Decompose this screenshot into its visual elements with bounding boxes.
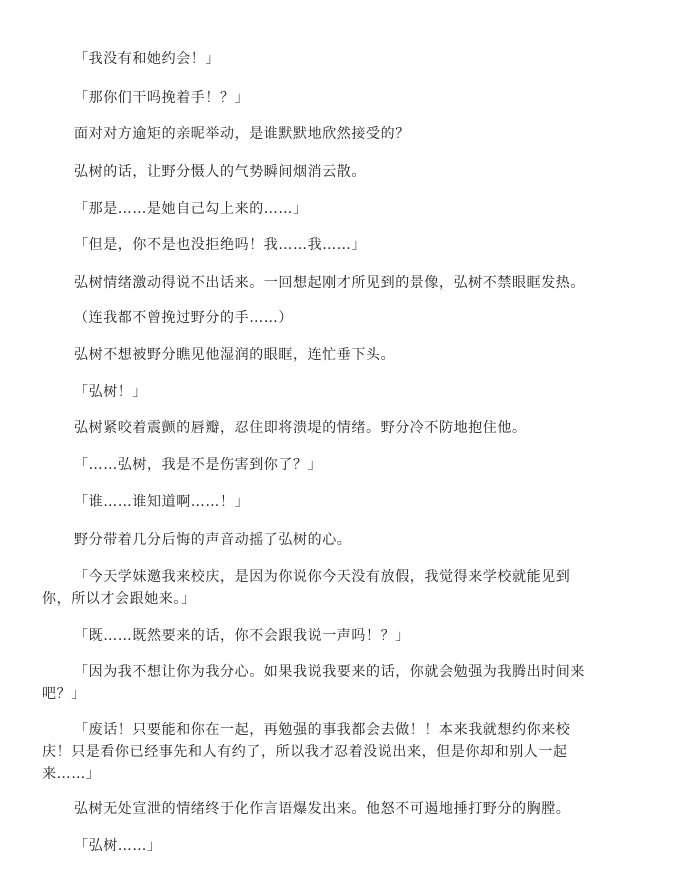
- text-line: 庆！只是看你已经事先和人有约了，所以我才忍着没说出来，但是你却和别人一起: [42, 741, 622, 763]
- text-paragraph: 「……弘树，我是不是伤害到你了？」: [42, 454, 622, 476]
- text-line: 弘树无处宣泄的情绪终于化作言语爆发出来。他怒不可遏地捶打野分的胸膛。: [42, 798, 622, 820]
- text-line: 面对对方逾矩的亲昵举动，是谁默默地欣然接受的？: [42, 123, 622, 145]
- text-line: 吧？」: [42, 683, 622, 705]
- text-line: 你，所以才会跟她来。」: [42, 588, 622, 610]
- text-line: 「谁……谁知道啊……！」: [42, 491, 622, 513]
- text-line: 来……」: [42, 763, 622, 785]
- text-paragraph: 「既……既然要来的话，你不会跟我说一声吗！？」: [42, 625, 622, 647]
- text-line: 「今天学妹邀我来校庆，是因为你说你今天没有放假，我觉得来学校就能见到: [42, 566, 622, 588]
- text-paragraph: 「今天学妹邀我来校庆，是因为你说你今天没有放假，我觉得来学校就能见到你，所以才会…: [42, 566, 622, 610]
- text-line: 弘树不想被野分瞧见他湿润的眼眶，连忙垂下头。: [42, 344, 622, 366]
- text-line: 「但是，你不是也没拒绝吗！我……我……」: [42, 234, 622, 256]
- text-paragraph: （连我都不曾挽过野分的手……）: [42, 307, 622, 329]
- text-paragraph: 「但是，你不是也没拒绝吗！我……我……」: [42, 234, 622, 256]
- text-line: 弘树情绪激动得说不出话来。一回想起刚才所见到的景像，弘树不禁眼眶发热。: [42, 272, 622, 294]
- text-line: 野分带着几分后悔的声音动摇了弘树的心。: [42, 529, 622, 551]
- text-line: 「我没有和她约会！」: [42, 48, 622, 70]
- text-line: 「那你们干吗挽着手！？」: [42, 87, 622, 109]
- text-line: 「……弘树，我是不是伤害到你了？」: [42, 454, 622, 476]
- text-paragraph: 面对对方逾矩的亲昵举动，是谁默默地欣然接受的？: [42, 123, 622, 145]
- text-paragraph: 「弘树！」: [42, 381, 622, 403]
- text-line: （连我都不曾挽过野分的手……）: [42, 307, 622, 329]
- text-paragraph: 弘树无处宣泄的情绪终于化作言语爆发出来。他怒不可遏地捶打野分的胸膛。: [42, 798, 622, 820]
- text-paragraph: 「弘树……」: [42, 835, 622, 857]
- text-line: 「弘树……」: [42, 835, 622, 857]
- text-line: 「那是……是她自己勾上来的……」: [42, 198, 622, 220]
- text-paragraph: 「我没有和她约会！」: [42, 48, 622, 70]
- text-paragraph: 「因为我不想让你为我分心。如果我说我要来的话，你就会勉强为我腾出时间来吧？」: [42, 661, 622, 705]
- document-page: 「我没有和她约会！」「那你们干吗挽着手！？」面对对方逾矩的亲昵举动，是谁默默地欣…: [0, 0, 680, 880]
- text-line: 弘树紧咬着震颤的唇瓣，忍住即将溃堤的情绪。野分冷不防地抱住他。: [42, 417, 622, 439]
- text-paragraph: 「那是……是她自己勾上来的……」: [42, 198, 622, 220]
- text-paragraph: 弘树不想被野分瞧见他湿润的眼眶，连忙垂下头。: [42, 344, 622, 366]
- text-paragraph: 「谁……谁知道啊……！」: [42, 491, 622, 513]
- text-paragraph: 「废话！只要能和你在一起，再勉强的事我都会去做！！本来我就想约你来校庆！只是看你…: [42, 719, 622, 785]
- text-line: 「废话！只要能和你在一起，再勉强的事我都会去做！！本来我就想约你来校: [42, 719, 622, 741]
- text-line: 「弘树！」: [42, 381, 622, 403]
- text-paragraph: 弘树紧咬着震颤的唇瓣，忍住即将溃堤的情绪。野分冷不防地抱住他。: [42, 417, 622, 439]
- text-paragraph: 「那你们干吗挽着手！？」: [42, 87, 622, 109]
- text-paragraph: 弘树的话，让野分慑人的气势瞬间烟消云散。: [42, 161, 622, 183]
- text-paragraph: 弘树情绪激动得说不出话来。一回想起刚才所见到的景像，弘树不禁眼眶发热。: [42, 272, 622, 294]
- text-line: 「因为我不想让你为我分心。如果我说我要来的话，你就会勉强为我腾出时间来: [42, 661, 622, 683]
- text-line: 「既……既然要来的话，你不会跟我说一声吗！？」: [42, 625, 622, 647]
- text-line: 弘树的话，让野分慑人的气势瞬间烟消云散。: [42, 161, 622, 183]
- text-paragraph: 野分带着几分后悔的声音动摇了弘树的心。: [42, 529, 622, 551]
